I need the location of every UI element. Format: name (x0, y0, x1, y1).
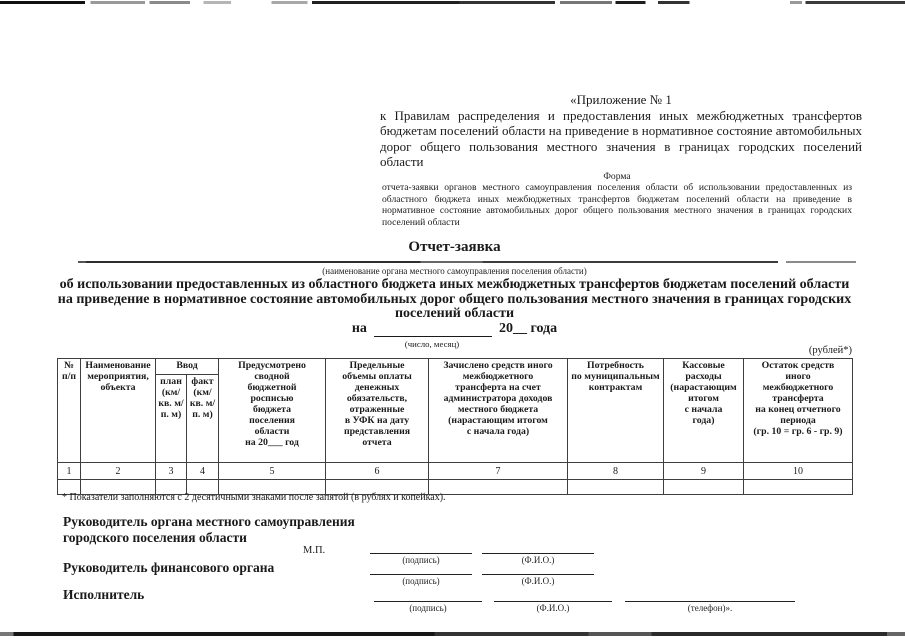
signature-field-signature: (подпись) (370, 564, 472, 586)
signature-label-head-of-finance: Руководитель финансового органа (63, 560, 408, 576)
signature-blank-line (370, 543, 472, 554)
stamp-place-label: М.П. (303, 545, 325, 556)
col-num: 4 (187, 463, 219, 480)
date-suffix: 20__ года (499, 321, 557, 337)
col-header-number: № п/п (58, 359, 81, 463)
signature-field-fio: (Ф.И.О.) (482, 543, 594, 565)
date-prefix: на (352, 321, 367, 337)
org-name-caption: (наименование органа местного самоуправл… (57, 266, 852, 276)
appendix-block: «Приложение № 1 к Правилам распределения… (380, 92, 862, 170)
scan-artifact-bottom-edge (0, 632, 905, 636)
col-header-remainder: Остаток средств иного межбюджетного тран… (744, 359, 853, 463)
report-table: № п/п Наименование мероприятия, объекта … (57, 358, 853, 495)
col-num: 5 (219, 463, 326, 480)
signature-blank-line (482, 564, 594, 575)
signature-label-head-of-municipality: Руководитель органа местного самоуправле… (63, 514, 408, 545)
col-header-need: Потребность по муниципальным контрактам (568, 359, 664, 463)
report-date-line: на 20__ года (57, 321, 852, 337)
signature-label-executor: Исполнитель (63, 587, 408, 603)
col-header-name: Наименование мероприятия, объекта (81, 359, 156, 463)
form-note-title: Форма (382, 171, 852, 182)
col-num: 10 (744, 463, 853, 480)
report-heading: об использовании предоставленных из обла… (57, 278, 852, 322)
scan-artifact-top-edge (0, 1, 905, 4)
signature-field-phone: (телефон)». (625, 591, 795, 613)
signature-field-fio: (Ф.И.О.) (482, 564, 594, 586)
org-name-blank-line (78, 261, 856, 263)
signature-blank-line (374, 591, 482, 602)
signature-caption: (телефон)». (625, 603, 795, 613)
signature-blank-line (625, 591, 795, 602)
signature-field-signature: (подпись) (374, 591, 482, 613)
appendix-body: к Правилам распределения и предоставлени… (380, 108, 862, 170)
form-note-body: отчета-заявки органов местного самоуправ… (382, 182, 852, 228)
signature-blank-line (482, 543, 594, 554)
col-num: 8 (568, 463, 664, 480)
date-caption: (число, месяц) (337, 339, 527, 349)
footnote: * Показатели заполняются с 2 десятичными… (62, 492, 762, 503)
col-header-credited: Зачислено средств иного межбюджетного тр… (429, 359, 568, 463)
col-num: 7 (429, 463, 568, 480)
scanned-report-form-page: «Приложение № 1 к Правилам распределения… (0, 0, 905, 640)
appendix-title: «Приложение № 1 (380, 92, 862, 108)
signature-field-fio: (Ф.И.О.) (494, 591, 612, 613)
col-header-vvod: Ввод (156, 359, 219, 375)
col-header-limits: Предельные объемы оплаты денежных обязат… (326, 359, 429, 463)
col-header-budget: Предусмотрено сводной бюджетной росписью… (219, 359, 326, 463)
col-num: 1 (58, 463, 81, 480)
col-num: 2 (81, 463, 156, 480)
report-title: Отчет-заявка (57, 239, 852, 256)
signature-blank-line (494, 591, 612, 602)
signature-caption: (Ф.И.О.) (494, 603, 612, 613)
col-header-fact: факт (км/ кв. м/ п. м) (187, 375, 219, 463)
form-note-block: Форма отчета-заявки органов местного сам… (382, 171, 852, 228)
date-blank-line (374, 322, 492, 337)
col-header-plan: план (км/ кв. м/ п. м) (156, 375, 187, 463)
column-number-row: 1 2 3 4 5 6 7 8 9 10 (58, 463, 853, 480)
col-num: 9 (664, 463, 744, 480)
col-num: 6 (326, 463, 429, 480)
col-header-cash: Кассовые расходы (нарастающим итогом с н… (664, 359, 744, 463)
signature-caption: (Ф.И.О.) (482, 576, 594, 586)
signature-caption: (подпись) (370, 576, 472, 586)
signature-caption: (подпись) (374, 603, 482, 613)
signature-blank-line (370, 564, 472, 575)
col-num: 3 (156, 463, 187, 480)
currency-note: (рублей*) (600, 345, 852, 356)
